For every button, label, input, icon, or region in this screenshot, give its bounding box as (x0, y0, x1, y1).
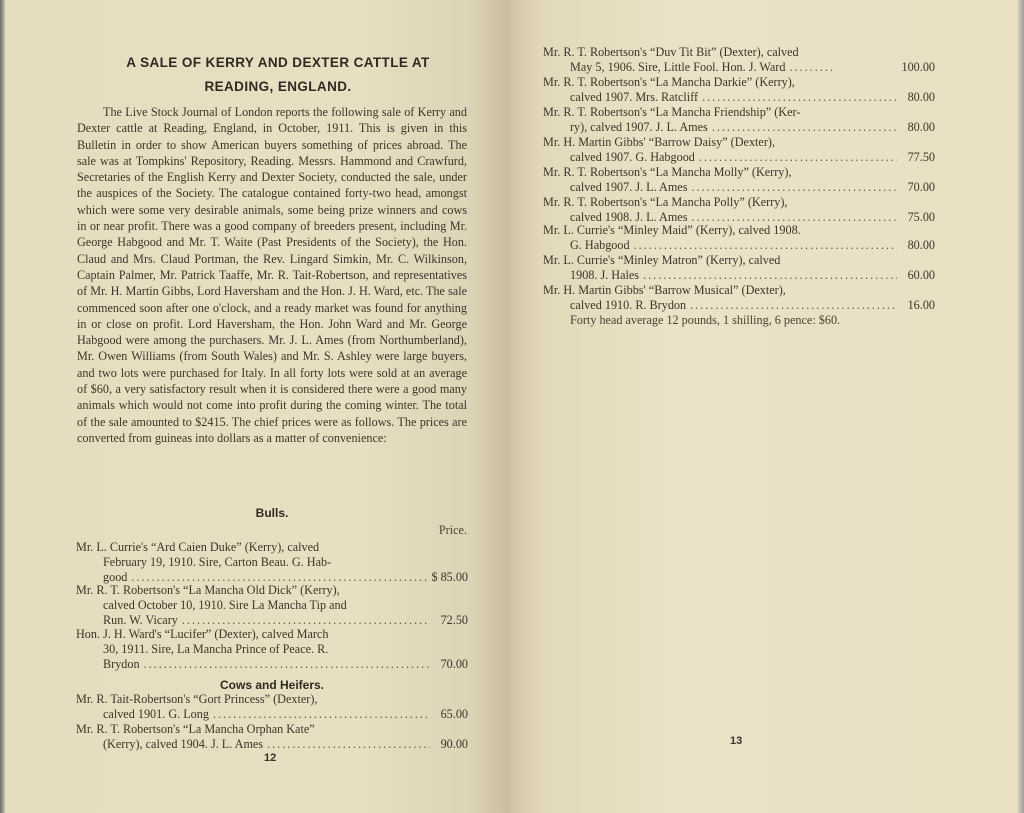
entry-price: 70.00 (434, 657, 468, 672)
entry-buyer: 1908. J. Hales (570, 268, 639, 283)
sale-entry: Mr. H. Martin Gibbs' “Barrow Daisy” (Dex… (543, 135, 935, 165)
entry-line: Mr. L. Currie's “Ard Caien Duke” (Kerry)… (76, 540, 468, 555)
entry-buyer: calved 1910. R. Brydon (570, 298, 686, 313)
bulls-heading: Bulls. (77, 506, 467, 520)
entry-final-line: calved 1907. J. L. Ames ................… (543, 180, 935, 195)
entry-line: February 19, 1910. Sire, Carton Beau. G.… (76, 555, 468, 570)
book-spread: A SALE OF KERRY AND DEXTER CATTLE AT REA… (0, 0, 1024, 813)
sale-entry: Mr. R. T. Robertson's “La Mancha Darkie”… (543, 75, 935, 105)
entry-final-line: May 5, 1906. Sire, Little Fool. Hon. J. … (543, 60, 935, 75)
sale-entry: Mr. R. T. Robertson's “La Mancha Orphan … (76, 722, 468, 752)
entry-buyer: calved 1907. G. Habgood (570, 150, 695, 165)
leader-dots: ........................................… (634, 238, 897, 253)
entry-final-line: calved 1907. G. Habgood ................… (543, 150, 935, 165)
entry-line: Mr. R. T. Robertson's “La Mancha Molly” … (543, 165, 935, 180)
leader-dots: ........................................… (690, 298, 897, 313)
entry-line: Mr. R. T. Robertson's “La Mancha Darkie”… (543, 75, 935, 90)
leader-dots: ........................................… (691, 180, 897, 195)
entry-buyer: G. Habgood (570, 238, 630, 253)
sale-entry: Mr. L. Currie's “Minley Maid” (Kerry), c… (543, 223, 935, 253)
page-number-left: 12 (264, 752, 276, 764)
entry-line: Mr. R. T. Robertson's “La Mancha Orphan … (76, 722, 468, 737)
entry-line: Mr. R. T. Robertson's “La Mancha Polly” … (543, 195, 935, 210)
entry-final-line: calved 1907. Mrs. Ratcliff .............… (543, 90, 935, 105)
entry-price: 100.00 (901, 60, 935, 75)
sale-entry: Mr. R. T. Robertson's “Duv Tit Bit” (Dex… (543, 45, 935, 75)
left-page: A SALE OF KERRY AND DEXTER CATTLE AT REA… (0, 0, 510, 813)
sale-entry: Mr. R. T. Robertson's “La Mancha Molly” … (543, 165, 935, 195)
sale-entry: Mr. H. Martin Gibbs' “Barrow Musical” (D… (543, 283, 935, 313)
leader-dots: ........................................… (699, 150, 897, 165)
entry-line: Hon. J. H. Ward's “Lucifer” (Dexter), ca… (76, 627, 468, 642)
leader-dots: ........................................… (712, 120, 897, 135)
entry-final-line: Brydon .................................… (76, 657, 468, 672)
entry-final-line: G. Habgood .............................… (543, 238, 935, 253)
cows-heifers-heading: Cows and Heifers. (77, 678, 467, 692)
entry-line: Mr. H. Martin Gibbs' “Barrow Musical” (D… (543, 283, 935, 298)
leader-dots: ........................................… (267, 737, 430, 752)
entry-price: 80.00 (901, 238, 935, 253)
entry-line: Mr. R. T. Robertson's “La Mancha Old Dic… (76, 583, 468, 598)
entry-line: Mr. H. Martin Gibbs' “Barrow Daisy” (Dex… (543, 135, 935, 150)
leader-dots: ........................................… (702, 90, 897, 105)
sale-entry: Hon. J. H. Ward's “Lucifer” (Dexter), ca… (76, 627, 468, 673)
article-title-line-1: A SALE OF KERRY AND DEXTER CATTLE AT (78, 55, 478, 70)
right-page: Mr. R. T. Robertson's “Duv Tit Bit” (Dex… (510, 0, 1024, 813)
sale-entry: Mr. R. T. Robertson's “La Mancha Friends… (543, 105, 935, 135)
entry-buyer: calved 1907. Mrs. Ratcliff (570, 90, 698, 105)
entry-line: calved October 10, 1910. Sire La Mancha … (76, 598, 468, 613)
entry-price: 80.00 (901, 90, 935, 105)
entry-final-line: (Kerry), calved 1904. J. L. Ames .......… (76, 737, 468, 752)
entry-line: Mr. R. Tait-Robertson's “Gort Princess” … (76, 692, 468, 707)
entry-line: 30, 1911. Sire, La Mancha Prince of Peac… (76, 642, 468, 657)
sale-entry: Mr. R. Tait-Robertson's “Gort Princess” … (76, 692, 468, 722)
leader-dots: ........................................… (213, 707, 430, 722)
leader-dots: ........................................… (144, 657, 430, 672)
entry-buyer: (Kerry), calved 1904. J. L. Ames (103, 737, 263, 752)
entry-line: Mr. L. Currie's “Minley Matron” (Kerry),… (543, 253, 935, 268)
entry-buyer: May 5, 1906. Sire, Little Fool. Hon. J. … (570, 60, 785, 75)
entry-price: 70.00 (901, 180, 935, 195)
entry-final-line: 1908. J. Hales .........................… (543, 268, 935, 283)
sale-entry: Mr. L. Currie's “Ard Caien Duke” (Kerry)… (76, 540, 468, 586)
article-title-line-2: READING, ENGLAND. (78, 79, 478, 94)
entry-price: 90.00 (434, 737, 468, 752)
entry-price: 65.00 (434, 707, 468, 722)
leader-dots: ......... (789, 60, 897, 75)
entry-final-line: calved 1910. R. Brydon .................… (543, 298, 935, 313)
sale-entry: Mr. L. Currie's “Minley Matron” (Kerry),… (543, 253, 935, 283)
sale-entry: Mr. R. T. Robertson's “La Mancha Polly” … (543, 195, 935, 225)
leader-dots: ........................................… (643, 268, 897, 283)
article-body: The Live Stock Journal of London reports… (77, 104, 467, 446)
entry-buyer: calved 1907. J. L. Ames (570, 180, 687, 195)
sale-summary: Forty head average 12 pounds, 1 shilling… (570, 313, 930, 328)
entry-price: 80.00 (901, 120, 935, 135)
entry-price: 16.00 (901, 298, 935, 313)
sale-entry: Mr. R. T. Robertson's “La Mancha Old Dic… (76, 583, 468, 629)
entry-final-line: ry), calved 1907. J. L. Ames ...........… (543, 120, 935, 135)
left-page-edge (0, 0, 5, 813)
page-number-right: 13 (730, 735, 742, 747)
entry-buyer: calved 1901. G. Long (103, 707, 209, 722)
entry-line: Mr. R. T. Robertson's “Duv Tit Bit” (Dex… (543, 45, 935, 60)
entry-price: 60.00 (901, 268, 935, 283)
entry-price: 77.50 (901, 150, 935, 165)
entry-line: Mr. L. Currie's “Minley Maid” (Kerry), c… (543, 223, 935, 238)
price-column-heading: Price. (420, 523, 467, 538)
entry-line: Mr. R. T. Robertson's “La Mancha Friends… (543, 105, 935, 120)
entry-buyer: ry), calved 1907. J. L. Ames (570, 120, 708, 135)
entry-final-line: calved 1901. G. Long ...................… (76, 707, 468, 722)
entry-buyer: Brydon (103, 657, 140, 672)
right-page-edge (1018, 0, 1024, 813)
